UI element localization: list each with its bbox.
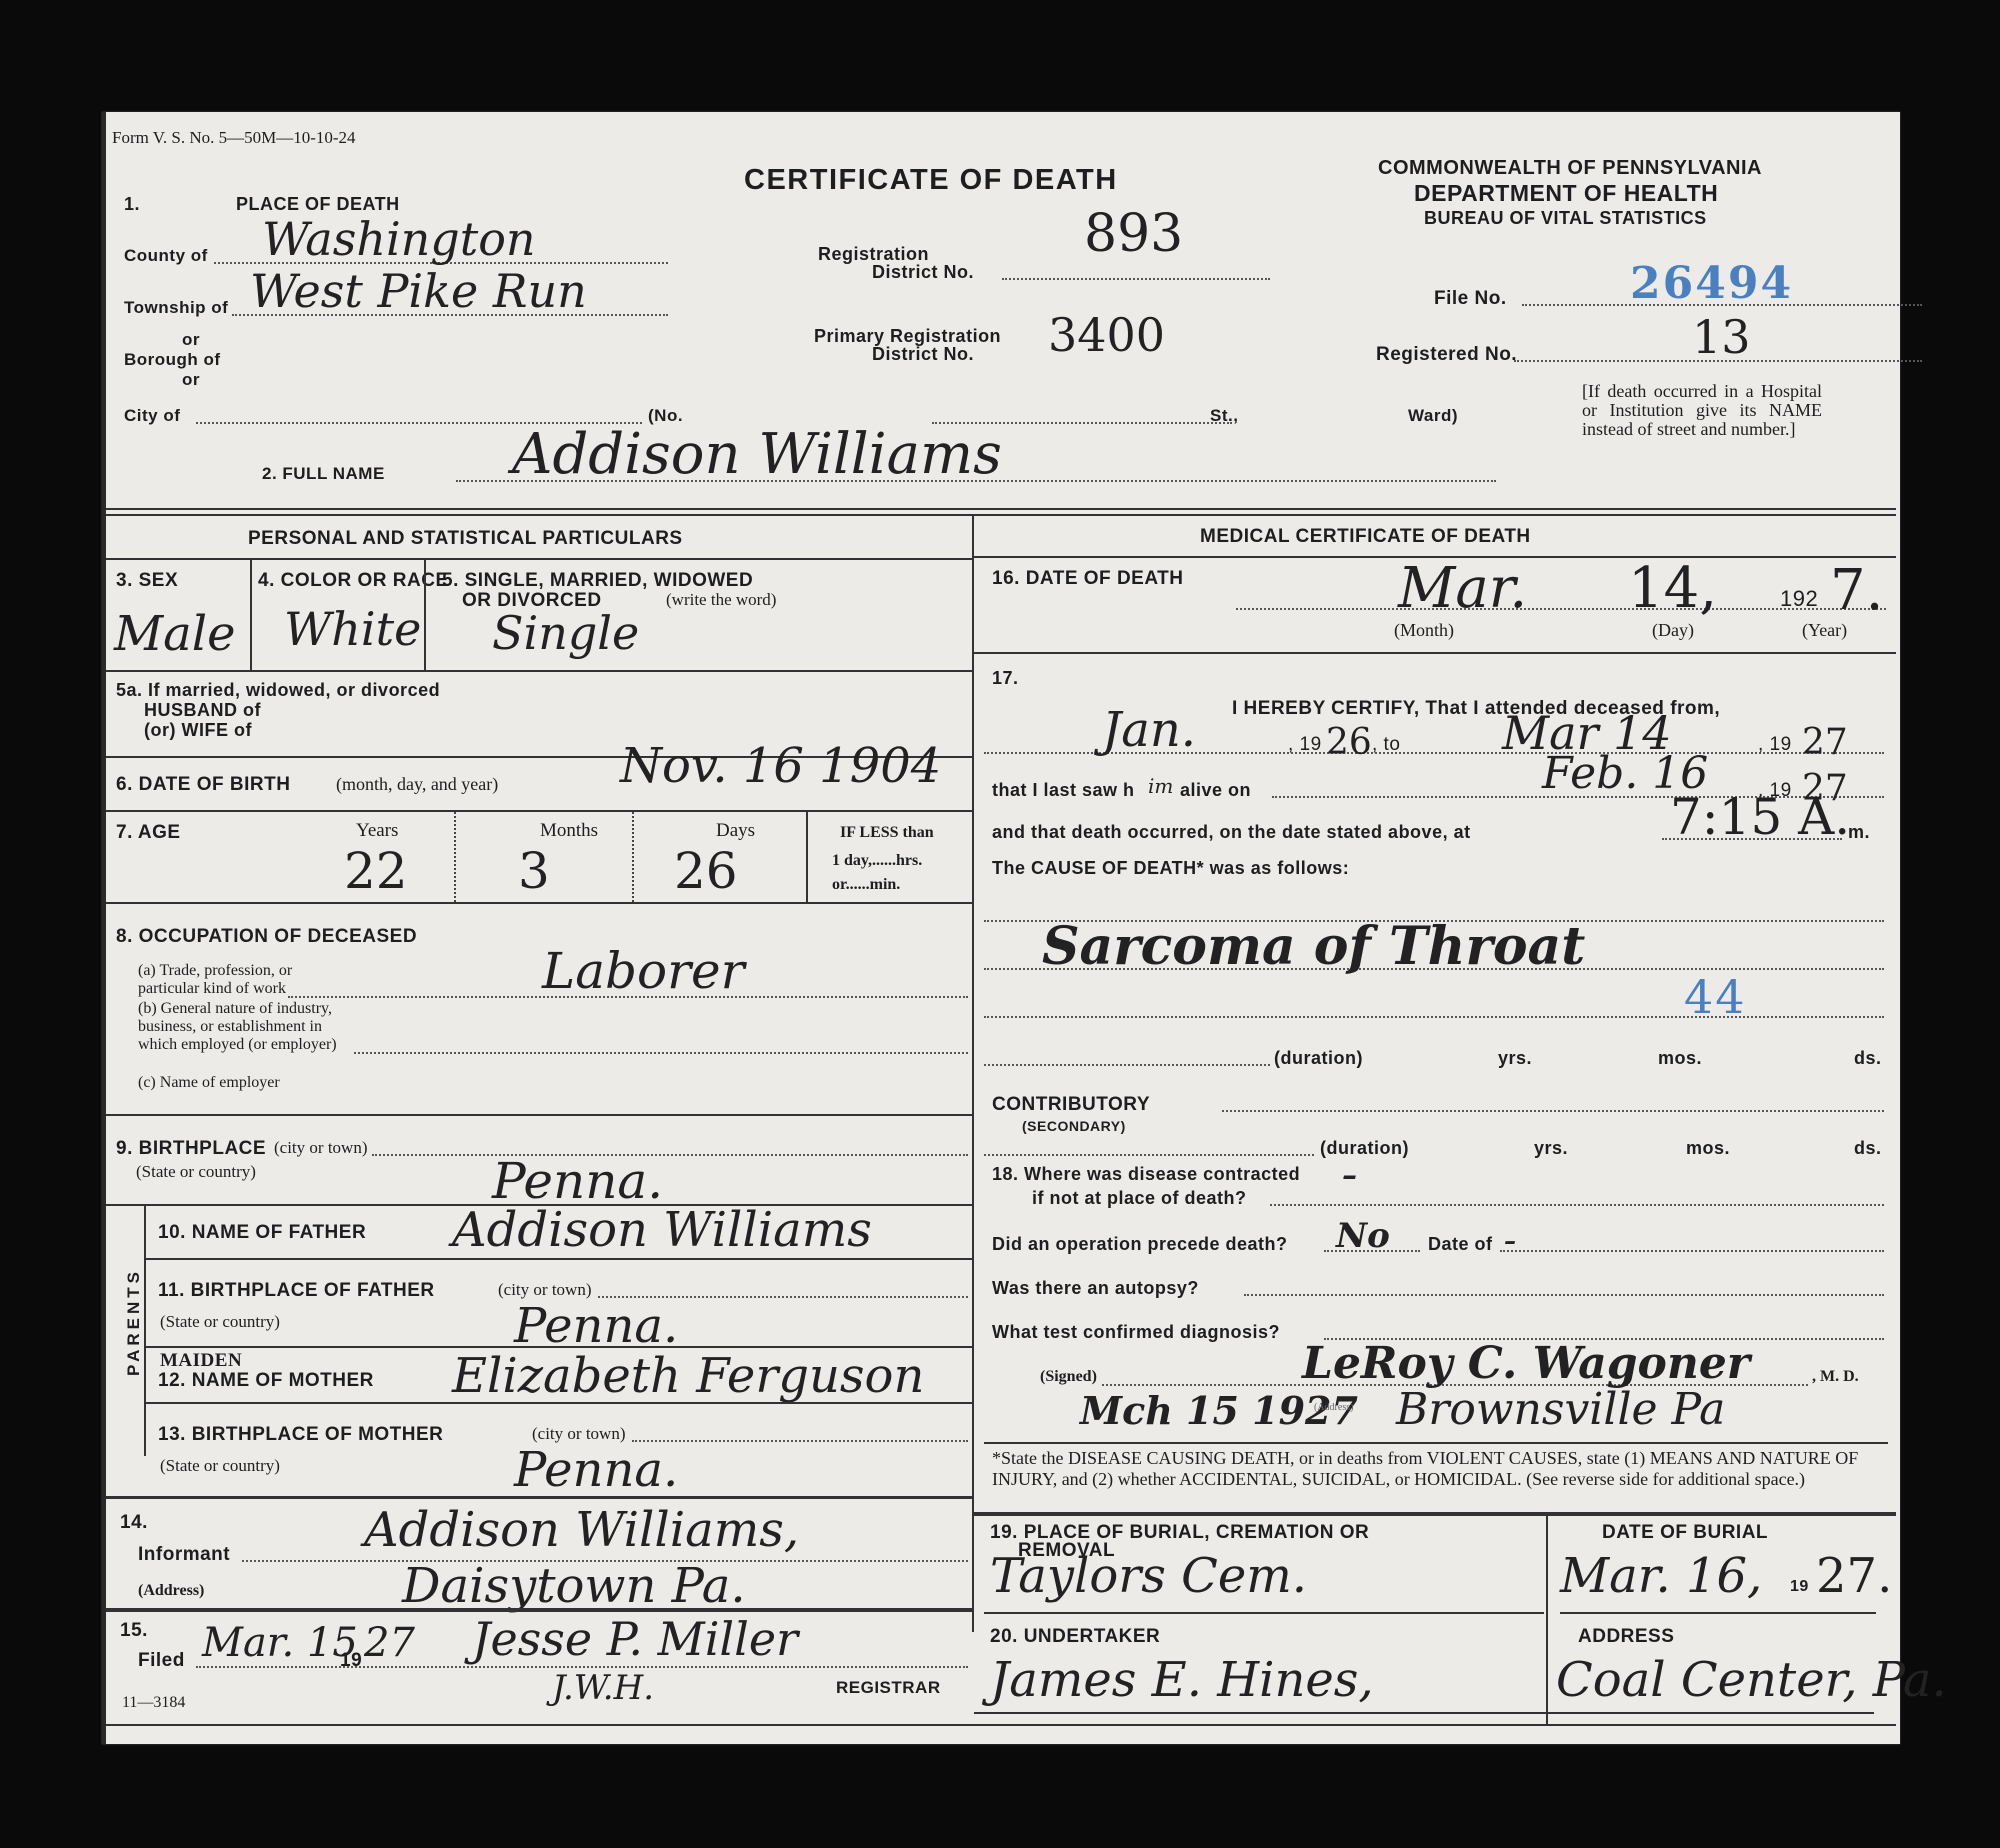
cause-line-3 bbox=[984, 1016, 1884, 1018]
duration-line bbox=[984, 1064, 1270, 1066]
age-months-value[interactable]: 3 bbox=[518, 842, 550, 900]
q18-value[interactable]: – bbox=[1342, 1158, 1357, 1193]
or-label-2: or bbox=[182, 370, 200, 390]
filed-year-value[interactable]: 27 bbox=[364, 1620, 415, 1666]
marital-label-1: 5. SINGLE, MARRIED, WIDOWED bbox=[442, 570, 753, 592]
cause-code-stamp: 44 bbox=[1684, 970, 1747, 1024]
section-divider-top bbox=[106, 508, 1896, 510]
occupation-label: 8. OCCUPATION OF DECEASED bbox=[116, 926, 417, 948]
autopsy-line bbox=[1244, 1294, 1884, 1296]
issuer-line-3: BUREAU OF VITAL STATISTICS bbox=[1424, 208, 1707, 229]
md-label: , M. D. bbox=[1812, 1368, 1859, 1386]
physician-address-value[interactable]: Brownsville Pa bbox=[1396, 1384, 1725, 1435]
divider bbox=[974, 652, 1896, 654]
registered-number-label: Registered No. bbox=[1376, 344, 1517, 366]
dod-day[interactable]: 14, bbox=[1628, 556, 1717, 621]
signed-label: (Signed) bbox=[1040, 1368, 1097, 1386]
mother-birthplace-label: 13. BIRTHPLACE OF MOTHER bbox=[158, 1424, 443, 1446]
informant-value[interactable]: Addison Williams, bbox=[364, 1502, 799, 1558]
divider bbox=[146, 1258, 972, 1260]
informant-label: Informant bbox=[138, 1544, 230, 1566]
year-hint: (Year) bbox=[1802, 620, 1847, 641]
alive-on-label: alive on bbox=[1180, 780, 1251, 801]
full-name-label: 2. FULL NAME bbox=[262, 464, 385, 484]
registrar-signature: Jesse P. Miller bbox=[472, 1612, 798, 1666]
burial-year-value[interactable]: 27. bbox=[1816, 1548, 1892, 1604]
personal-heading: PERSONAL AND STATISTICAL PARTICULARS bbox=[248, 528, 683, 550]
last-saw-pronoun[interactable]: im bbox=[1148, 774, 1173, 798]
filed-label: Filed bbox=[138, 1650, 185, 1672]
race-value[interactable]: White bbox=[284, 602, 421, 656]
from-year-prefix: , 19 bbox=[1288, 734, 1322, 756]
age-label: 7. AGE bbox=[116, 822, 181, 844]
informant-number: 14. bbox=[120, 1512, 148, 1534]
operation-label: Did an operation precede death? bbox=[992, 1234, 1288, 1255]
from-year-value[interactable]: 26 bbox=[1326, 722, 1372, 763]
filed-number: 15. bbox=[120, 1620, 148, 1642]
issuer-line-2: DEPARTMENT OF HEALTH bbox=[1414, 180, 1718, 207]
file-number-label: File No. bbox=[1434, 288, 1507, 310]
day-hint: (Day) bbox=[1652, 620, 1694, 641]
occupation-value[interactable]: Laborer bbox=[542, 942, 745, 1000]
contributory-mos-label: mos. bbox=[1686, 1138, 1730, 1159]
time-of-death-value[interactable]: 7:15 A. bbox=[1670, 788, 1850, 846]
yrs-label: yrs. bbox=[1498, 1048, 1532, 1069]
medical-heading: MEDICAL CERTIFICATE OF DEATH bbox=[1200, 526, 1531, 548]
contributory-yrs-label: yrs. bbox=[1534, 1138, 1568, 1159]
column-divider bbox=[972, 514, 974, 1632]
divider bbox=[984, 1442, 1888, 1444]
mother-name-value[interactable]: Elizabeth Ferguson bbox=[452, 1348, 924, 1404]
q18-label-1: 18. Where was disease contracted bbox=[992, 1164, 1300, 1185]
occupation-b-line bbox=[354, 1052, 968, 1054]
date-of-line bbox=[1500, 1250, 1884, 1252]
bottom-divider bbox=[106, 1724, 1896, 1726]
birthplace-city-hint: (city or town) bbox=[274, 1138, 367, 1158]
duration-label: (duration) bbox=[1274, 1048, 1363, 1069]
occupation-b-2: business, or establishment in bbox=[138, 1018, 322, 1036]
test-label: What test confirmed diagnosis? bbox=[992, 1322, 1280, 1343]
divider bbox=[250, 558, 252, 670]
birthplace-label: 9. BIRTHPLACE bbox=[116, 1138, 266, 1160]
marital-hint: (write the word) bbox=[666, 590, 776, 610]
operation-value[interactable]: No bbox=[1336, 1216, 1390, 1256]
father-birthplace-state-hint: (State or country) bbox=[160, 1312, 280, 1332]
primary-district-value[interactable]: 3400 bbox=[1048, 308, 1165, 362]
to-label: , to bbox=[1372, 734, 1400, 756]
borough-label: Borough of bbox=[124, 350, 221, 370]
secondary-label: (SECONDARY) bbox=[1022, 1118, 1126, 1134]
father-name-value[interactable]: Addison Williams bbox=[452, 1202, 872, 1258]
days-label: Days bbox=[716, 820, 755, 842]
date-of-label: Date of bbox=[1428, 1234, 1493, 1255]
less-than-line-2: 1 day,......hrs. bbox=[832, 852, 922, 870]
q18-line bbox=[1270, 1204, 1884, 1206]
occupation-c: (c) Name of employer bbox=[138, 1074, 280, 1092]
birthplace-state-hint: (State or country) bbox=[136, 1162, 256, 1182]
to-year-value[interactable]: 27 bbox=[1802, 722, 1848, 763]
divider bbox=[974, 1712, 1874, 1714]
less-than-line-1: IF LESS than bbox=[840, 824, 934, 842]
parents-side-label: PARENTS bbox=[124, 1268, 144, 1376]
registrar-initials: J.W.H. bbox=[552, 1668, 654, 1708]
mother-birthplace-line bbox=[632, 1440, 968, 1442]
date-of-value[interactable]: – bbox=[1504, 1226, 1516, 1255]
informant-address-value[interactable]: Daisytown Pa. bbox=[402, 1558, 746, 1614]
divider bbox=[106, 670, 972, 672]
certificate-title: CERTIFICATE OF DEATH bbox=[744, 164, 1118, 197]
divider bbox=[1560, 1612, 1876, 1614]
dob-label: 6. DATE OF BIRTH bbox=[116, 774, 290, 796]
divider bbox=[984, 1612, 1544, 1614]
physician-signature: LeRoy C. Wagoner bbox=[1302, 1338, 1750, 1389]
city-label: City of bbox=[124, 406, 180, 426]
divider bbox=[454, 812, 456, 902]
months-label: Months bbox=[540, 820, 598, 842]
father-name-label: 10. NAME OF FATHER bbox=[158, 1222, 366, 1244]
dod-label: 16. DATE OF DEATH bbox=[992, 568, 1183, 590]
autopsy-label: Was there an autopsy? bbox=[992, 1278, 1199, 1299]
spouse-label-1: 5a. If married, widowed, or divorced bbox=[116, 680, 440, 701]
form-code: 11—3184 bbox=[122, 1694, 185, 1712]
divider bbox=[106, 1114, 972, 1116]
sex-label: 3. SEX bbox=[116, 570, 178, 592]
primary-district-label-2: District No. bbox=[872, 344, 974, 365]
mother-birthplace-state-hint: (State or country) bbox=[160, 1456, 280, 1476]
issuer-line-1: COMMONWEALTH OF PENNSYLVANIA bbox=[1378, 157, 1762, 180]
month-hint: (Month) bbox=[1394, 620, 1454, 641]
registrar-label: REGISTRAR bbox=[836, 1678, 941, 1698]
hospital-note: [If death occurred in a Hospital or Inst… bbox=[1582, 382, 1822, 439]
undertaker-value[interactable]: James E. Hines, bbox=[990, 1652, 1374, 1708]
section-divider-top-2 bbox=[106, 514, 1896, 516]
cause-footnote: *State the DISEASE CAUSING DEATH, or in … bbox=[992, 1448, 1882, 1490]
divider bbox=[632, 812, 634, 902]
less-than-line-3: or......min. bbox=[832, 876, 900, 894]
dod-year-prefix: 192 bbox=[1780, 586, 1818, 612]
cause-of-death-value[interactable]: Sarcoma of Throat bbox=[1042, 916, 1585, 977]
contributory-duration-label: (duration) bbox=[1320, 1138, 1409, 1159]
certify-number: 17. bbox=[992, 668, 1019, 689]
time-of-death-label: and that death occurred, on the date sta… bbox=[992, 822, 1471, 843]
full-name-value[interactable]: Addison Williams bbox=[512, 422, 1002, 487]
age-years-value[interactable]: 22 bbox=[344, 842, 408, 900]
father-birthplace-label: 11. BIRTHPLACE OF FATHER bbox=[158, 1280, 435, 1302]
occupation-b-3: which employed (or employer) bbox=[138, 1036, 337, 1054]
or-label-1: or bbox=[182, 330, 200, 350]
q18-label-2: if not at place of death? bbox=[1032, 1188, 1247, 1209]
mother-birthplace-city-hint: (city or town) bbox=[532, 1424, 625, 1444]
birthplace-city-line bbox=[372, 1154, 968, 1156]
dob-value[interactable]: Nov. 16 1904 bbox=[620, 738, 941, 794]
mother-name-label: 12. NAME OF MOTHER bbox=[158, 1370, 374, 1392]
filed-year-prefix: 19 bbox=[340, 1650, 362, 1672]
dod-month[interactable]: Mar. bbox=[1398, 556, 1527, 621]
burial-date-label: DATE OF BURIAL bbox=[1602, 1522, 1768, 1544]
dod-year-value[interactable]: 7. bbox=[1830, 558, 1883, 623]
divider bbox=[146, 1402, 972, 1404]
father-birthplace-city-hint: (city or town) bbox=[498, 1280, 591, 1300]
race-label: 4. COLOR OR RACE bbox=[258, 570, 449, 592]
occupation-a-1: (a) Trade, profession, or bbox=[138, 962, 292, 980]
occupation-a-2: particular kind of work bbox=[138, 980, 286, 998]
burial-place-value[interactable]: Taylors Cem. bbox=[990, 1548, 1307, 1604]
death-certificate: Form V. S. No. 5—50M—10-10-24 CERTIFICAT… bbox=[102, 112, 1900, 1744]
ward-label: Ward) bbox=[1408, 406, 1458, 426]
contributory-ds-label: ds. bbox=[1854, 1138, 1882, 1159]
divider bbox=[106, 810, 972, 812]
form-number: Form V. S. No. 5—50M—10-10-24 bbox=[112, 128, 356, 148]
burial-date-value[interactable]: Mar. 16, bbox=[1560, 1548, 1762, 1604]
informant-address-label: (Address) bbox=[138, 1582, 204, 1600]
registered-number-value[interactable]: 13 bbox=[1692, 310, 1751, 364]
marital-value[interactable]: Single bbox=[492, 606, 639, 660]
last-saw-label: that I last saw h bbox=[992, 780, 1135, 801]
county-value[interactable]: Washington bbox=[262, 212, 536, 266]
cause-label: The CAUSE OF DEATH* was as follows: bbox=[992, 858, 1349, 879]
contributory-line bbox=[1222, 1110, 1884, 1112]
occupation-b-1: (b) General nature of industry, bbox=[138, 1000, 332, 1018]
spouse-label-2: HUSBAND of bbox=[144, 700, 261, 721]
township-value[interactable]: West Pike Run bbox=[250, 264, 587, 318]
reg-district-value[interactable]: 893 bbox=[1084, 204, 1183, 264]
undertaker-address-label: ADDRESS bbox=[1578, 1626, 1674, 1648]
divider bbox=[106, 1496, 972, 1499]
filed-date-value[interactable]: Mar. 15 bbox=[202, 1620, 358, 1666]
divider bbox=[1546, 1516, 1548, 1724]
contributory-duration-line bbox=[984, 1154, 1314, 1156]
street-label: St., bbox=[1210, 406, 1238, 426]
divider bbox=[106, 902, 972, 904]
divider bbox=[424, 558, 426, 670]
file-number-stamp: 26494 bbox=[1630, 258, 1793, 309]
years-label: Years bbox=[356, 820, 398, 842]
maiden-label: MAIDEN bbox=[160, 1350, 242, 1372]
sex-value[interactable]: Male bbox=[114, 606, 236, 662]
time-suffix: m. bbox=[1848, 822, 1870, 843]
section-1-number: 1. bbox=[124, 194, 140, 215]
attended-from-value[interactable]: Jan. bbox=[1102, 702, 1196, 758]
divider bbox=[974, 1512, 1896, 1516]
undertaker-label: 20. UNDERTAKER bbox=[990, 1626, 1160, 1648]
county-label: County of bbox=[124, 246, 208, 266]
mother-birthplace-value[interactable]: Penna. bbox=[514, 1442, 678, 1498]
spouse-label-3: (or) WIFE of bbox=[144, 720, 252, 741]
ds-label: ds. bbox=[1854, 1048, 1882, 1069]
burial-year-prefix: 19 bbox=[1790, 1578, 1809, 1596]
reg-district-line bbox=[1002, 278, 1270, 280]
dob-hint: (month, day, and year) bbox=[336, 774, 498, 795]
divider bbox=[106, 558, 972, 560]
divider bbox=[806, 812, 808, 902]
to-year-prefix: , 19 bbox=[1758, 734, 1792, 756]
contributory-label: CONTRIBUTORY bbox=[992, 1094, 1150, 1116]
age-days-value[interactable]: 26 bbox=[674, 842, 738, 900]
reg-district-label-2: District No. bbox=[872, 262, 974, 283]
mos-label: mos. bbox=[1658, 1048, 1702, 1069]
physician-address-label: (Address) bbox=[1314, 1402, 1353, 1413]
undertaker-address-value[interactable]: Coal Center, Pa. bbox=[1556, 1652, 1947, 1708]
parents-bracket bbox=[144, 1204, 146, 1456]
township-label: Township of bbox=[124, 298, 228, 318]
